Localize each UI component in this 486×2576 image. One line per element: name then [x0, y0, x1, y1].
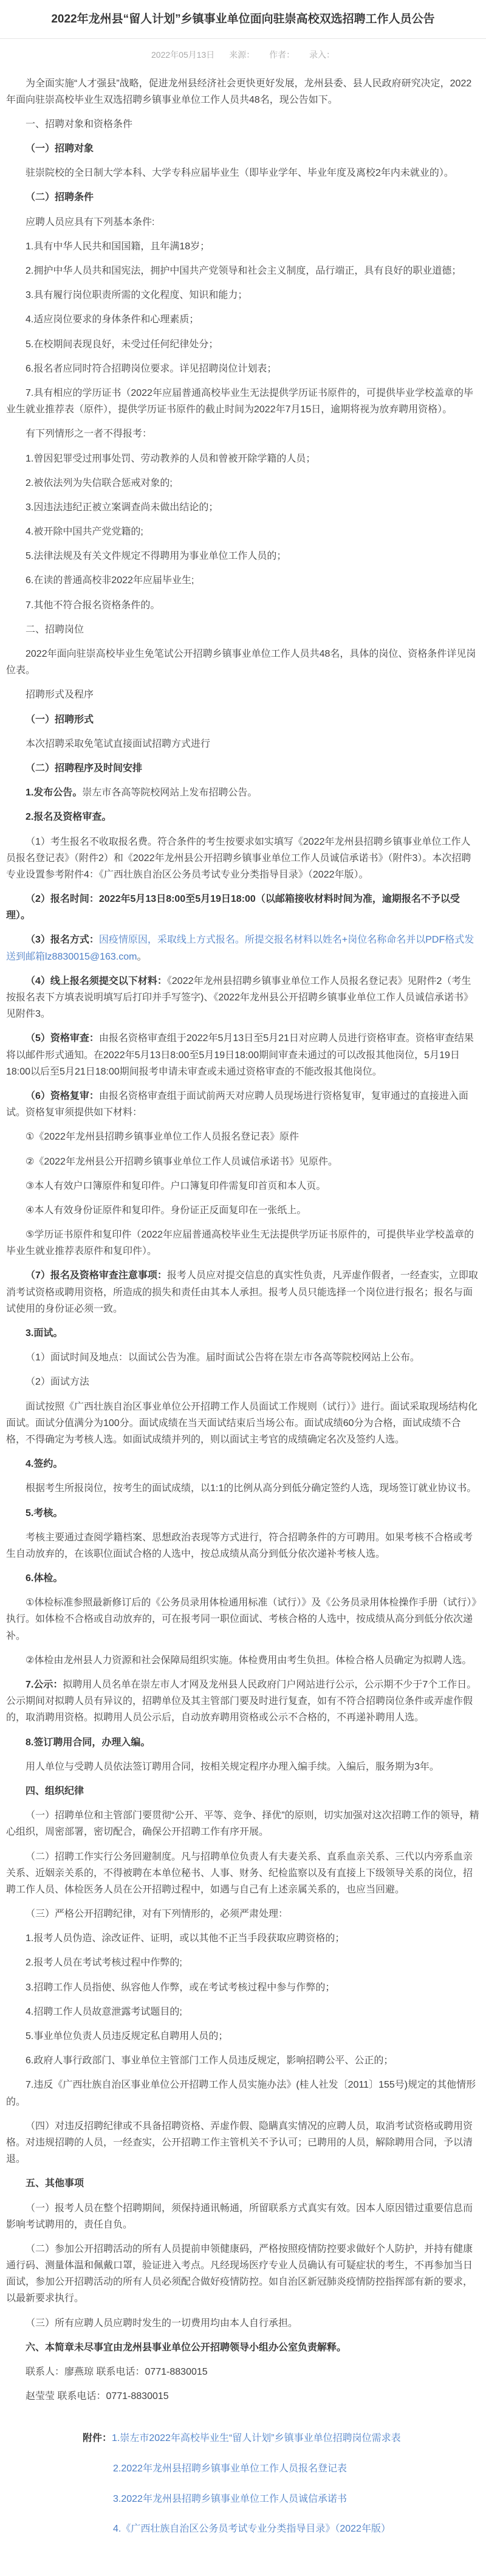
- assessment-paragraph: 考核主要通过查阅学籍档案、思想政治表现等方式进行，符合招聘条件的方可聘用。如果考…: [6, 1529, 480, 1562]
- step-1-announce: 1.发布公告。崇左市各高等院校网站上发布招聘公告。: [6, 784, 480, 801]
- discipline-paragraph: （二）招聘工作实行公务回避制度。凡与招聘单位负责人有夫妻关系、直系血亲关系、三代…: [6, 1849, 480, 1899]
- violation-item: 3.招聘工作人员指使、纵容他人作弊，或在考试考核过程中参与作弊的；: [6, 1979, 480, 1996]
- contact-line: 联系人：廖燕琼 联系电话：0771-8830015: [6, 2364, 480, 2380]
- publish-date: 2022年05月13日: [151, 50, 214, 60]
- subsection-3-1-heading: （一）招聘形式: [6, 712, 480, 728]
- interview-method-paragraph: 面试按照《广西壮族自治区事业单位公开招聘工作人员面试工作规则（试行）》进行。面试…: [6, 1399, 480, 1449]
- step-2-heading: 2.报名及资格审查。: [6, 809, 480, 825]
- registration-method-paragraph: （3）报名方式：因疫情原因，采取线上方式报名。所提交报名材料以姓名+岗位名称命名…: [6, 932, 480, 964]
- material-item: ③本人有效户口簿原件和复印件。户口簿复印件需复印首页和本人页。: [6, 1178, 480, 1194]
- physical-exam-item: ①体检标准参照最新修订后的《公务员录用体检通用标准（试行）》及《公务员录用体检操…: [6, 1594, 480, 1644]
- barred-item: 1.曾因犯罪受过刑事处罚、劳动教养的人员和曾被开除学籍的人员；: [6, 451, 480, 467]
- registration-method-tail: 。: [137, 952, 146, 962]
- section-4-heading: 四、组织纪律: [6, 1783, 480, 1799]
- online-materials-lead: （4）线上报名须提交以下材料：: [26, 976, 167, 986]
- conditions-intro: 应聘人员应具有下列基本条件:: [6, 214, 480, 230]
- interview-time-paragraph: （1）面试时间及地点：以面试公告为准。届时面试公告将在崇左市各高等院校网站上公布…: [6, 1349, 480, 1366]
- step-3-heading: 3.面试。: [6, 1325, 480, 1342]
- condition-item: 4.适应岗位要求的身体条件和心理素质；: [6, 311, 480, 328]
- publicity-rest: 拟聘用人员名单在崇左市人才网及龙州县人民政府门户网站进行公示，公示期不少于7个工…: [6, 1680, 476, 1723]
- section-6-heading: 六、本简章未尽事宜由龙州县事业单位公开招聘领导小组办公室负责解释。: [6, 2339, 480, 2356]
- registration-notes-paragraph: （7）报名及资格审查注意事项：报考人员应对提交信息的真实性负责，凡弄虚作假者，一…: [6, 1267, 480, 1317]
- barred-item: 2.被依法列为失信联合惩戒对象的;: [6, 475, 480, 491]
- step-5-heading: 5.考核。: [6, 1505, 480, 1522]
- qualification-recheck-lead: （6）资格复审：: [26, 1091, 99, 1101]
- qualification-review-lead: （5）资格审查：: [26, 1033, 99, 1044]
- violation-item: 5.事业单位负责人员违反规定私自聘用人员的；: [6, 2028, 480, 2045]
- attachments-block: 附件：1.崇左市2022年高校毕业生“留人计划”乡镇事业单位招聘岗位需求表 2.…: [0, 2412, 486, 2575]
- registration-time-paragraph: （2）报名时间：2022年5月13日8:00至5月19日18:00（以邮箱接收材…: [6, 891, 480, 924]
- attachments-label: 附件：: [83, 2433, 112, 2443]
- step-1-lead: 1.发布公告。: [26, 788, 82, 798]
- attachment-row: 附件：1.崇左市2022年高校毕业生“留人计划”乡镇事业单位招聘岗位需求表: [83, 2431, 486, 2446]
- violation-item: 2.报考人员在考试考核过程中作弊的;: [6, 1955, 480, 1971]
- subsection-3-2-heading: （二）招聘程序及时间安排: [6, 760, 480, 777]
- discipline-paragraph: （一）招聘单位和主管部门要贯彻“公开、平等、竞争、择优”的原则，切实加强对这次招…: [6, 1807, 480, 1840]
- section-1-heading: 一、招聘对象和资格条件: [6, 116, 480, 133]
- interview-method-heading: （2）面试方法: [6, 1374, 480, 1390]
- barred-item: 6.在读的普通高校非2022年应届毕业生;: [6, 572, 480, 589]
- material-item: ④本人有效身份证原件和复印件。身份证正反面复印在一张纸上。: [6, 1202, 480, 1219]
- attachment-link-4[interactable]: 4.《广西壮族自治区公务员考试专业分类指导目录》（2022年版）: [113, 2524, 391, 2534]
- attachment-link-3[interactable]: 3.2022年龙州县招聘乡镇事业单位工作人员诚信承诺书: [113, 2494, 347, 2504]
- registration-method-lead: （3）报名方式：: [26, 935, 99, 945]
- condition-item: 7.具有相应的学历证书（2022年应届普通高校毕业生无法提供学历证书原件的，可提…: [6, 385, 480, 418]
- registration-notes-lead: （7）报名及资格审查注意事项：: [26, 1270, 167, 1281]
- violation-item: 4.招聘工作人员故意泄露考试题目的;: [6, 2004, 480, 2020]
- condition-item: 2.拥护中华人员共和国宪法，拥护中国共产党领导和社会主义制度，品行端正，具有良好…: [6, 263, 480, 279]
- recruit-form-paragraph: 本次招聘采取免笔试直接面试招聘方式进行: [6, 736, 480, 752]
- material-item: ⑤学历证书原件和复印件（2022年应届普通高校毕业生无法提供学历证书原件的，可提…: [6, 1227, 480, 1259]
- attachment-row: 2.2022年龙州县招聘乡镇事业单位工作人员报名登记表: [83, 2461, 486, 2477]
- material-item: ①《2022年龙州县招聘乡镇事业单位工作人员报名登记表》原件: [6, 1129, 480, 1145]
- positions-paragraph: 2022年面向驻崇高校毕业生免笔试公开招聘乡镇事业单位工作人员共48名，具体的岗…: [6, 646, 480, 679]
- other-item: （二）参加公开招聘活动的所有人员提前申领健康码，严格按照疫情防控要求做好个人防护…: [6, 2241, 480, 2307]
- step-6-heading: 6.体检。: [6, 1570, 480, 1587]
- other-item: （一）报考人员在整个招聘期间，须保持通讯畅通，所留联系方式真实有效。因本人原因错…: [6, 2200, 480, 2233]
- barred-item: 7.其他不符合报名资格条件的。: [6, 597, 480, 614]
- discipline-paragraph: （四）对违反招聘纪律或不具备招聘资格、弄虚作假、隐瞒真实情况的应聘人员，取消考试…: [6, 2118, 480, 2168]
- source-label: 来源：: [229, 50, 255, 60]
- barred-item: 4.被开除中国共产党党籍的;: [6, 524, 480, 540]
- qualification-review-paragraph: （5）资格审查：由报名资格审查组于2022年5月13日至5月21日对应聘人员进行…: [6, 1030, 480, 1080]
- article-body: 为全面实施“人才强县”战略，促进龙州县经济社会更快更好发展，龙州县委、县人民政府…: [0, 75, 486, 2405]
- condition-item: 5.在校期间表现良好，未受过任何纪律处分；: [6, 336, 480, 353]
- condition-item: 1.具有中华人民共和国国籍，且年满18岁；: [6, 238, 480, 255]
- physical-exam-item: ②体检由龙州县人力资源和社会保障局组织实施。体检费用由考生负担。体检合格人员确定…: [6, 1652, 480, 1669]
- online-materials-paragraph: （4）线上报名须提交以下材料：《2022年龙州县招聘乡镇事业单位工作人员报名登记…: [6, 973, 480, 1023]
- other-item: （三）所有应聘人员应聘时发生的一切费用均由本人自行承担。: [6, 2315, 480, 2332]
- procedure-heading: 招聘形式及程序: [6, 687, 480, 703]
- condition-item: 3.具有履行岗位职责所需的文化程度、知识和能力；: [6, 287, 480, 303]
- section-5-heading: 五、其他事项: [6, 2175, 480, 2192]
- article-header: 2022年龙州县“留人计划”乡镇事业单位面向驻崇高校双选招聘工作人员公告 202…: [0, 0, 486, 61]
- subsection-1-2-heading: （二）招聘条件: [6, 189, 480, 206]
- header-divider: [0, 38, 486, 39]
- material-item: ②《2022年龙州县公开招聘乡镇事业单位工作人员诚信承诺书》见原件。: [6, 1154, 480, 1170]
- article-meta: 2022年05月13日 来源： 作者： 录入：: [0, 49, 486, 61]
- entry-label: 录入：: [309, 50, 335, 60]
- violation-item: 1.报考人员伪造、涂改证件、证明，或以其他不正当手段获取应聘资格的；: [6, 1930, 480, 1947]
- step-8-heading: 8.签订聘用合同，办理入编。: [6, 1734, 480, 1751]
- barred-item: 3.因违法违纪正被立案调查尚未做出结论的；: [6, 499, 480, 516]
- section-2-heading: 二、招聘岗位: [6, 621, 480, 638]
- barred-intro: 有下列情形之一者不得报考：: [6, 426, 480, 442]
- attachment-link-2[interactable]: 2.2022年龙州县招聘乡镇事业单位工作人员报名登记表: [113, 2463, 347, 2474]
- publicity-paragraph: 7.公示：拟聘用人员名单在崇左市人才网及龙州县人民政府门户网站进行公示，公示期不…: [6, 1677, 480, 1726]
- author-label: 作者：: [269, 50, 295, 60]
- attachment-row: 4.《广西壮族自治区公务员考试专业分类指导目录》（2022年版）: [83, 2521, 486, 2537]
- violation-item: 7.违反《广西壮族自治区事业单位公开招聘工作人员实施办法》(桂人社发〔2011〕…: [6, 2077, 480, 2110]
- condition-item: 6.报名者应同时符合招聘岗位要求。详见招聘岗位计划表；: [6, 361, 480, 377]
- subsection-1-1-heading: （一）招聘对象: [6, 140, 480, 157]
- recruit-target-paragraph: 驻崇院校的全日制大学本科、大学专科应届毕业生（即毕业学年、毕业年度及离校2年内未…: [6, 165, 480, 181]
- page-title: 2022年龙州县“留人计划”乡镇事业单位面向驻崇高校双选招聘工作人员公告: [22, 11, 464, 29]
- attachment-link-1[interactable]: 1.崇左市2022年高校毕业生“留人计划”乡镇事业单位招聘岗位需求表: [112, 2433, 401, 2443]
- barred-item: 5.法律法规及有关文件规定不得聘用为事业单位工作人员的；: [6, 548, 480, 564]
- qualification-recheck-paragraph: （6）资格复审：由报名资格审查组于面试前两天对应聘人员现场进行资格复审，复审通过…: [6, 1088, 480, 1121]
- signing-paragraph: 根据考生所报岗位，按考生的面试成绩，以1:1的比例从高分到低分确定签约人选，现场…: [6, 1480, 480, 1497]
- discipline-paragraph: （三）严格公开招聘纪律，对有下列情形的，必须严肃处理：: [6, 1906, 480, 1922]
- violation-item: 6.政府人事行政部门、事业单位主管部门工作人员违反规定，影响招聘公平、公正的；: [6, 2052, 480, 2069]
- step-1-rest: 崇左市各高等院校网站上发布招聘公告。: [82, 788, 257, 798]
- step-4-heading: 4.签约。: [6, 1456, 480, 1472]
- intro-paragraph: 为全面实施“人才强县”战略，促进龙州县经济社会更快更好发展，龙州县委、县人民政府…: [6, 75, 480, 108]
- attachment-row: 3.2022年龙州县招聘乡镇事业单位工作人员诚信承诺书: [83, 2491, 486, 2507]
- registration-fee-paragraph: （1）考生报名不收取报名费。符合条件的考生按要求如实填写《2022年龙州县招聘乡…: [6, 834, 480, 884]
- contact-line: 赵莹莹 联系电话：0771-8830015: [6, 2388, 480, 2405]
- announcement-page: 2022年龙州县“留人计划”乡镇事业单位面向驻崇高校双选招聘工作人员公告 202…: [0, 0, 486, 2576]
- contract-paragraph: 用人单位与受聘人员依法签订聘用合同，按相关规定程序办理入编手续。入编后，服务期为…: [6, 1759, 480, 1775]
- publicity-lead: 7.公示：: [26, 1680, 63, 1690]
